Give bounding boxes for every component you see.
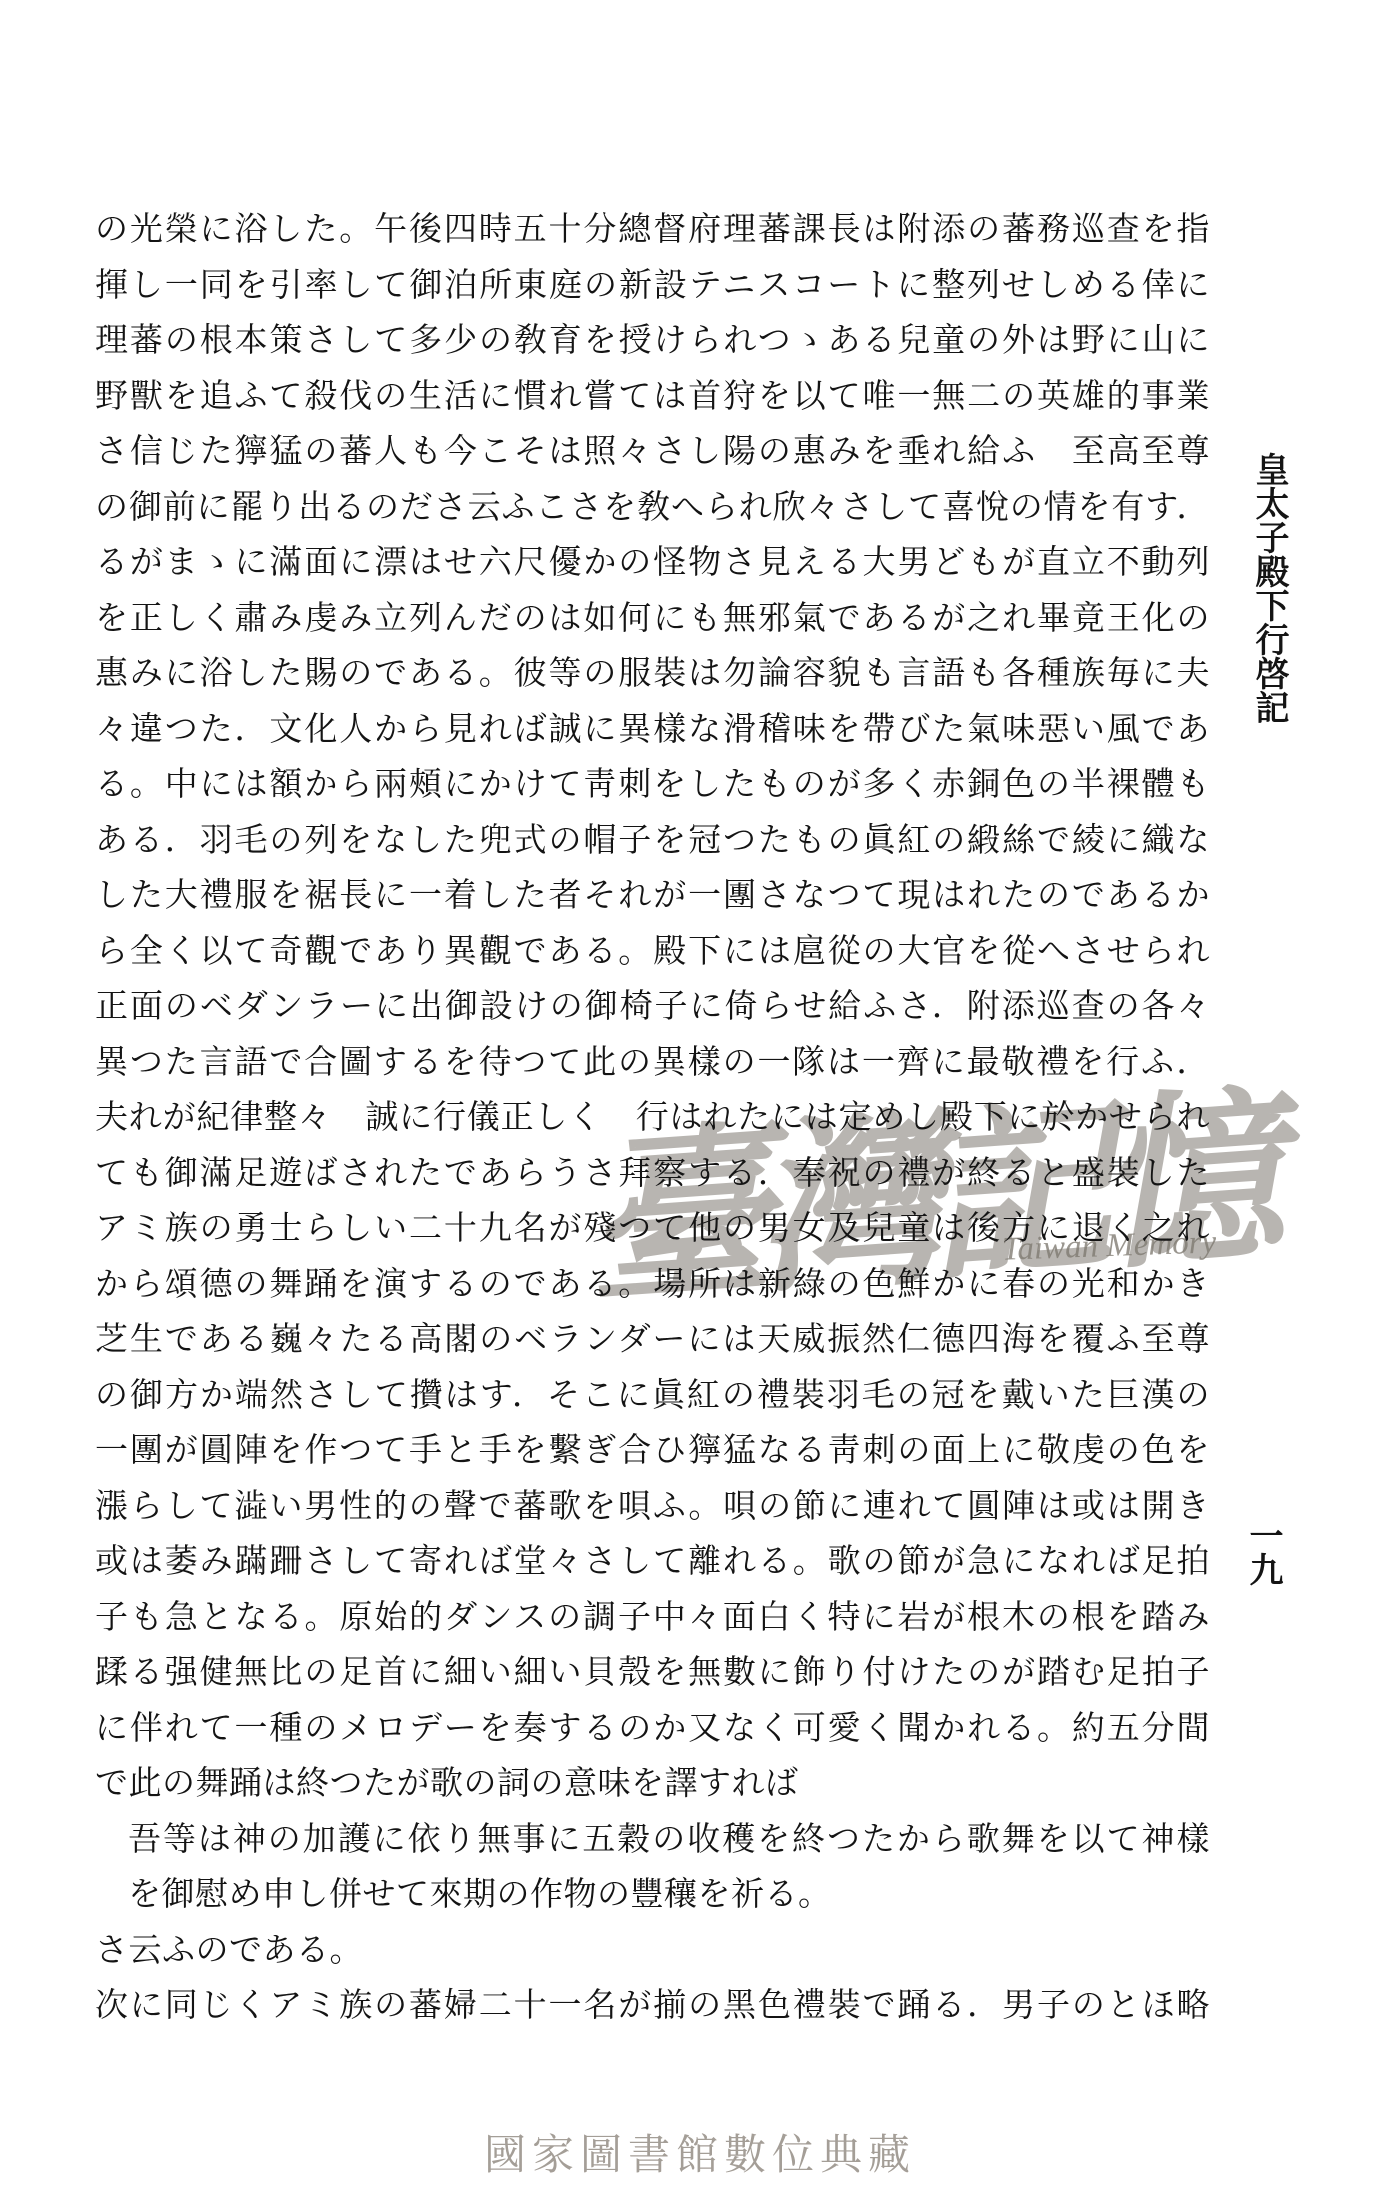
text-line: 芝生である巍々たる高閣のベランダーには天威振然仁德四海を覆ふ至尊 [95,1313,1210,1369]
text-line: 々違つた．文化人から見れば誠に異樣な滑稽味を帶びた氣味惡い風であ [95,703,1210,759]
text-line: した大禮服を裾長に一着した者それが一團さなつて現はれたのであるか [95,869,1210,925]
library-archive-watermark: 國家圖書館數位典藏 [0,2122,1400,2182]
text-line: さ云ふのである。 [95,1924,1210,1980]
text-line: 揮し一同を引率して御泊所東庭の新設テニスコートに整列せしめる倖に [95,259,1210,315]
text-line: に伴れて一種のメロデーを奏するのか又なく可愛く聞かれる。約五分間 [95,1702,1210,1758]
text-line: 吾等は神の加護に依り無事に五穀の收穫を終つたから歌舞を以て神樣 [95,1813,1210,1869]
text-line: 漲らして澁い男性的の聲で蕃歌を唄ふ。唄の節に連れて圓陣は或は開き [95,1480,1210,1536]
text-line: 理蕃の根本策さして多少の敎育を授けられつゝある兒童の外は野に山に [95,314,1210,370]
text-line: 子も急となる。原始的ダンスの調子中々面白く特に岩が根木の根を踏み [95,1591,1210,1647]
text-line: の御前に罷り出るのださ云ふこさを敎へられ欣々さして喜悅の情を有す． [95,481,1210,537]
main-text-block: の光榮に浴した。午後四時五十分總督府理蕃課長は附添の蕃務巡查を指揮し一同を引率し… [95,203,1210,2035]
text-line: を正しく肅み虔み立列んだのは如何にも無邪氣であるが之れ畢竟王化の [95,592,1210,648]
text-line: 蹂る强健無比の足首に細い細い貝殼を無數に飾り付けたのが踏む足拍子 [95,1646,1210,1702]
text-line: 夫れが紀律整々 誠に行儀正しく 行はれたには定めし殿下に於かせられ [95,1091,1210,1147]
text-line: さ信じた獰猛の蕃人も今こそは照々さし陽の惠みを埀れ給ふ 至高至尊 [95,425,1210,481]
text-line: 次に同じくアミ族の蕃婦二十一名が揃の黑色禮裝で踊る．男子のとほ略 [95,1979,1210,2035]
text-line: 異つた言語で合圖するを待つて此の異樣の一隊は一齊に最敬禮を行ふ． [95,1036,1210,1092]
text-line: るがまゝに滿面に漂はせ六尺優かの怪物さ見える大男どもが直立不動列 [95,536,1210,592]
text-line: ても御滿足遊ばされたであらうさ拜察する．奉祝の禮が終ると盛裝した [95,1147,1210,1203]
text-line: から頌德の舞踊を演するのである。場所は新綠の色鮮かに春の光和かき [95,1258,1210,1314]
text-line: 野獸を追ふて殺伐の生活に慣れ嘗ては首狩を以て唯一無二の英雄的事業 [95,370,1210,426]
text-line: ら全く以て奇觀であり異觀である。殿下には扈從の大官を從へさせられ [95,925,1210,981]
text-line: の光榮に浴した。午後四時五十分總督府理蕃課長は附添の蕃務巡查を指 [95,203,1210,259]
scanned-document-page: 臺灣記憶 Taiwan Memory の光榮に浴した。午後四時五十分總督府理蕃課… [0,0,1400,2200]
text-line: る。中には額から兩頰にかけて靑刺をしたものが多く赤銅色の半裸體も [95,758,1210,814]
text-line: を御慰め申し併せて來期の作物の豐穰を祈る。 [95,1868,1210,1924]
text-line: アミ族の勇士らしい二十九名が殘つて他の男女及兒童は後方に退く之れ [95,1202,1210,1258]
text-line: 一團が圓陣を作つて手と手を繫ぎ合ひ獰猛なる靑刺の面上に敬虔の色を [95,1424,1210,1480]
text-line: 或は萎み蹣跚さして寄れば堂々さして離れる。歌の節が急になれば足拍 [95,1535,1210,1591]
text-line: の御方か端然さして攢はす．そこに眞紅の禮裝羽毛の冠を戴いた巨漢の [95,1369,1210,1425]
text-line: で此の舞踊は終つたが歌の詞の意味を譯すれば [95,1757,1210,1813]
margin-running-title: 皇太子殿下行啓記 [1244,452,1293,752]
text-line: 惠みに浴した賜のである。彼等の服裝は勿論容貌も言語も各種族毎に夫 [95,647,1210,703]
page-number: 一九 [1238,1518,1287,1586]
text-line: ある．羽毛の列をなした兜式の帽子を冠つたもの眞紅の緞絲で綾に織な [95,814,1210,870]
text-line: 正面のベダンラーに出御設けの御椅子に倚らせ給ふさ．附添巡查の各々 [95,980,1210,1036]
